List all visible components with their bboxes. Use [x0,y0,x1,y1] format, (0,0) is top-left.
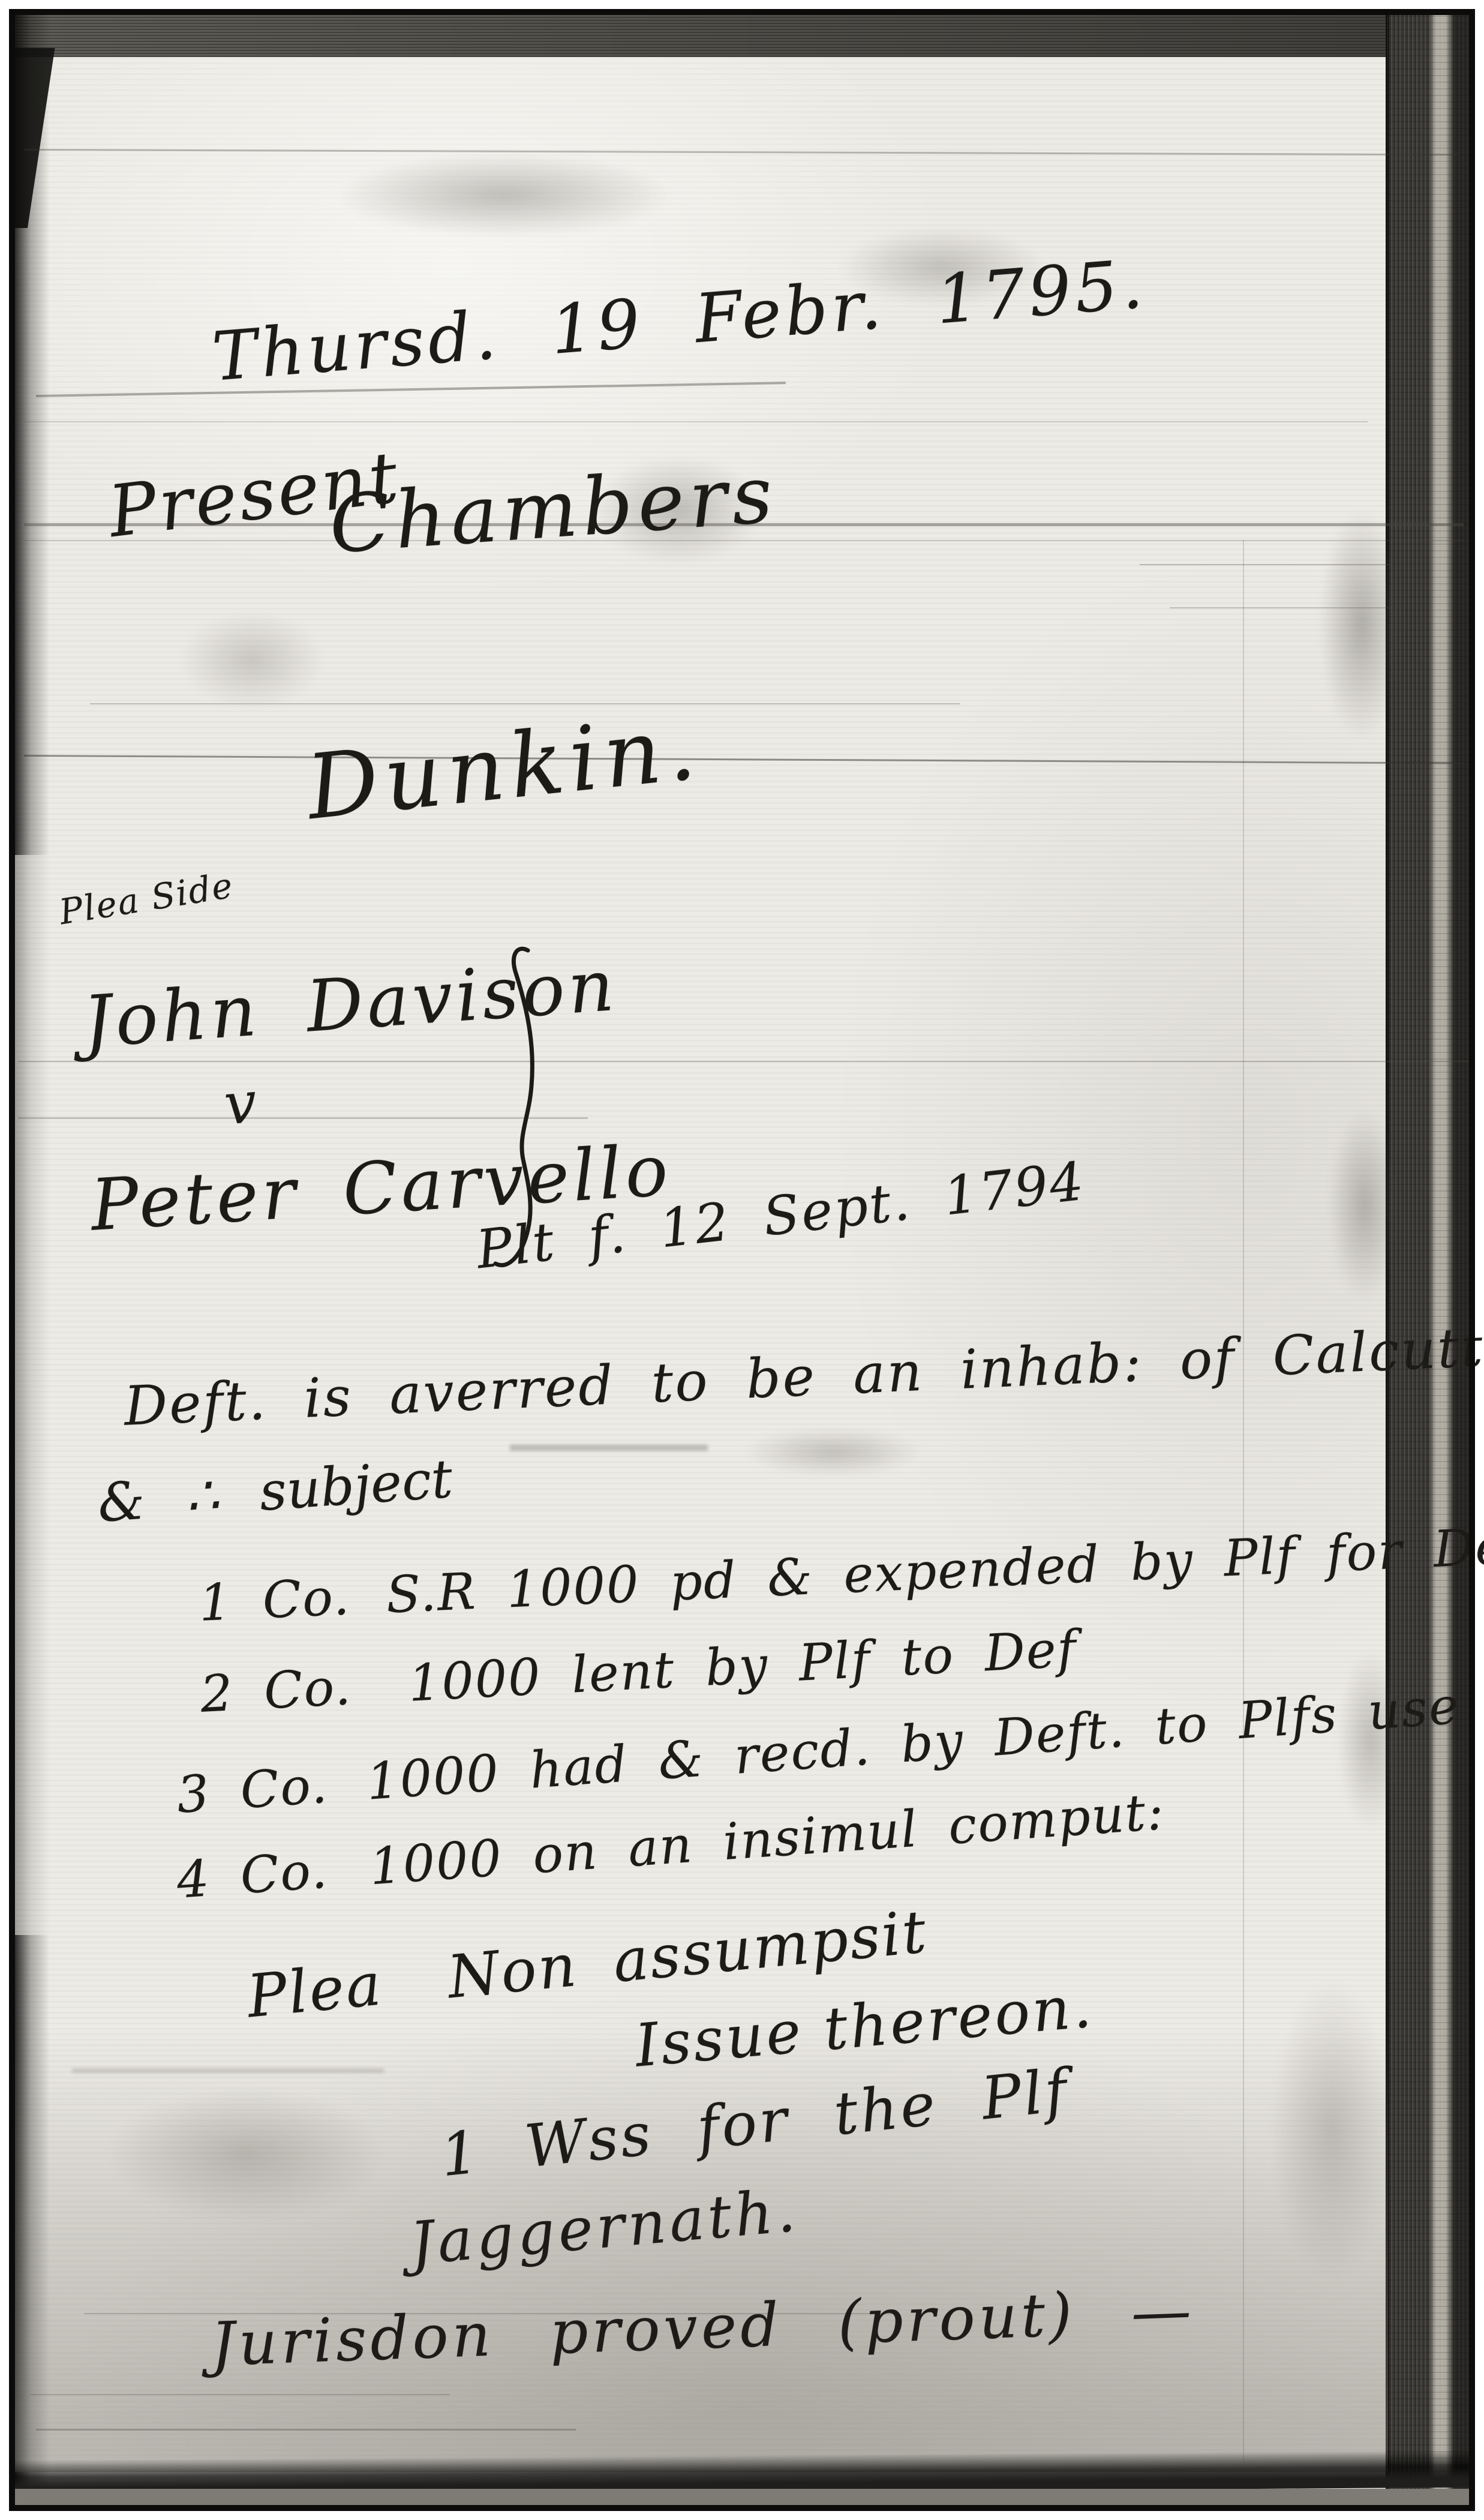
table-surface [15,2489,1469,2505]
left-binding-shadow [15,15,50,855]
count-label: 1 Co. [198,1571,352,1628]
paper-stain [744,1428,924,1476]
count-label: 2 Co. [199,1661,353,1720]
plea-label: Plea [245,1955,385,2026]
left-binding-shadow [15,855,50,1935]
paper-stain [336,153,672,237]
count-label: 3 Co. [175,1759,329,1820]
ruled-line [18,1061,1470,1062]
count-label: 4 Co. [175,1844,329,1905]
ruled-line [36,2429,576,2431]
paper-stain [108,2088,384,2220]
page-crease [1243,540,1244,2460]
book-top-backdrop [15,15,1469,57]
paper-stain [1320,510,1404,738]
manuscript-page-photo: Thursd. 19 Febr. 1795. Present Chambers … [0,0,1484,2520]
page-block-edge-grain [1386,15,1469,2505]
ruled-line [90,703,960,704]
ruled-line [30,2394,450,2395]
paper-stain [180,612,324,708]
versus-label: v [222,1074,259,1133]
ink-smudge [72,2069,384,2072]
paper-stain [1272,1980,1392,2280]
paper-stain [1329,1110,1401,1302]
ink-smudge [510,1445,708,1451]
ruled-line [24,421,1368,422]
